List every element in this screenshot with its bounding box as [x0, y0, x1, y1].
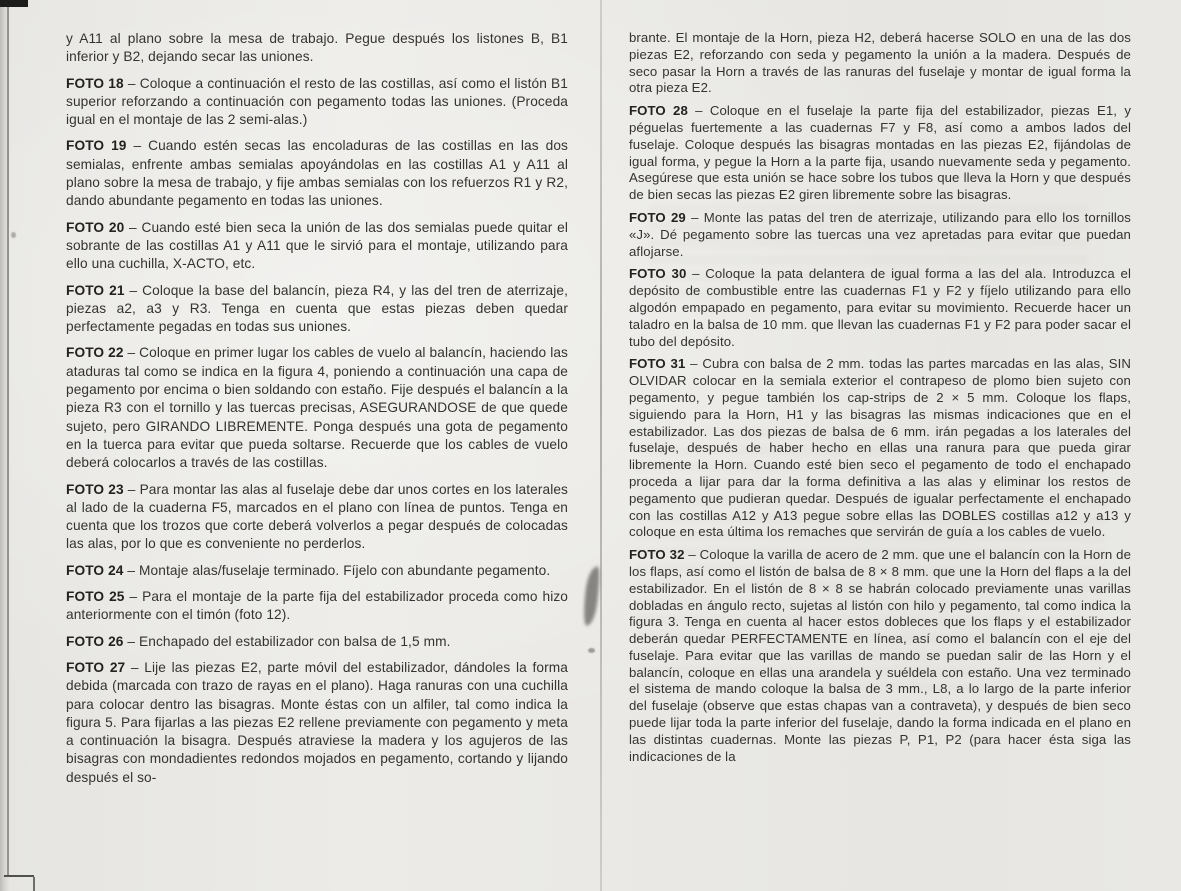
foto-separator: –	[125, 660, 144, 675]
foto-separator: –	[124, 76, 140, 91]
paragraph-foto-29: FOTO 29 – Monte las patas del tren de at…	[629, 210, 1131, 260]
foto-label: FOTO 24	[66, 563, 124, 578]
foto-label: FOTO 21	[66, 283, 125, 298]
paragraph-text: Coloque en primer lugar los cables de vu…	[66, 345, 568, 470]
paragraph-continuation: brante. El montaje de la Horn, pieza H2,…	[629, 30, 1131, 97]
booklet-fold-line	[600, 0, 602, 891]
paragraph-text: y A11 al plano sobre la mesa de trabajo.…	[66, 31, 568, 64]
paragraph-foto-27: FOTO 27 – Lije las piezas E2, parte móvi…	[66, 659, 568, 787]
crop-mark-bottom-horizontal	[4, 875, 34, 877]
foto-label: FOTO 20	[66, 220, 124, 235]
paragraph-foto-28: FOTO 28 – Coloque en el fuselaje la part…	[629, 103, 1131, 204]
foto-separator: –	[688, 103, 710, 118]
foto-separator: –	[124, 220, 141, 235]
paragraph-foto-22: FOTO 22 – Coloque en primer lugar los ca…	[66, 344, 568, 472]
paragraph-text: Para montar las alas al fuselaje debe da…	[66, 482, 568, 552]
paragraph-text: Cuando esté bien seca la unión de las do…	[66, 220, 568, 272]
foto-label: FOTO 31	[629, 356, 685, 371]
scanned-manual-page: { "page": { "paper_color": "#e9e8e4", "i…	[0, 0, 1181, 891]
paragraph-foto-30: FOTO 30 – Coloque la pata delantera de i…	[629, 266, 1131, 350]
paper-speck	[11, 232, 16, 238]
foto-label: FOTO 28	[629, 103, 688, 118]
foto-separator: –	[127, 138, 149, 153]
foto-label: FOTO 30	[629, 266, 686, 281]
foto-label: FOTO 19	[66, 138, 127, 153]
foto-separator: –	[124, 563, 140, 578]
foto-label: FOTO 26	[66, 634, 124, 649]
paragraph-foto-23: FOTO 23 – Para montar las alas al fusela…	[66, 481, 568, 554]
foto-separator: –	[686, 266, 705, 281]
foto-separator: –	[124, 345, 140, 360]
foto-separator: –	[125, 589, 143, 604]
paragraph-foto-25: FOTO 25 – Para el montaje de la parte fi…	[66, 588, 568, 625]
paragraph-foto-32: FOTO 32 – Coloque la varilla de acero de…	[629, 547, 1131, 765]
text-column-left: y A11 al plano sobre la mesa de trabajo.…	[66, 30, 568, 795]
paragraph-text: Coloque a continuación el resto de las c…	[66, 76, 568, 128]
foto-label: FOTO 27	[66, 660, 125, 675]
paragraph-text: brante. El montaje de la Horn, pieza H2,…	[629, 30, 1131, 95]
foto-label: FOTO 29	[629, 210, 686, 225]
paragraph-text: Enchapado del estabilizador con balsa de…	[139, 634, 450, 649]
foto-label: FOTO 32	[629, 547, 685, 562]
paragraph-text: Cubra con balsa de 2 mm. todas las parte…	[629, 356, 1131, 539]
paragraph-text: Coloque la pata delantera de igual forma…	[629, 266, 1131, 348]
foto-separator: –	[124, 634, 140, 649]
foto-separator: –	[685, 547, 700, 562]
paragraph-continuation: y A11 al plano sobre la mesa de trabajo.…	[66, 30, 568, 67]
paragraph-text: Coloque la base del balancín, pieza R4, …	[66, 283, 568, 335]
paragraph-foto-18: FOTO 18 – Coloque a continuación el rest…	[66, 75, 568, 130]
foto-separator: –	[686, 210, 704, 225]
foto-label: FOTO 23	[66, 482, 124, 497]
paragraph-text: Coloque la varilla de acero de 2 mm. que…	[629, 547, 1131, 764]
paragraph-text: Para el montaje de la parte fija del est…	[66, 589, 568, 622]
page-edge-line	[7, 0, 9, 877]
foto-label: FOTO 22	[66, 345, 124, 360]
paragraph-foto-31: FOTO 31 – Cubra con balsa de 2 mm. todas…	[629, 356, 1131, 541]
foto-label: FOTO 18	[66, 76, 124, 91]
foto-separator: –	[125, 283, 143, 298]
foto-separator: –	[124, 482, 140, 497]
crop-mark-bottom-vertical	[33, 877, 35, 891]
fold-ink-tick	[588, 648, 595, 653]
paragraph-text: Montaje alas/fuselaje terminado. Fíjelo …	[139, 563, 550, 578]
foto-separator: –	[685, 356, 702, 371]
paragraph-foto-19: FOTO 19 – Cuando estén secas las encolad…	[66, 137, 568, 210]
paragraph-text: Lije las piezas E2, parte móvil del esta…	[66, 660, 568, 785]
paragraph-foto-24: FOTO 24 – Montaje alas/fuselaje terminad…	[66, 562, 568, 580]
paragraph-foto-20: FOTO 20 – Cuando esté bien seca la unión…	[66, 219, 568, 274]
crop-mark-top-left	[0, 0, 28, 7]
paragraph-foto-26: FOTO 26 – Enchapado del estabilizador co…	[66, 633, 568, 651]
foto-label: FOTO 25	[66, 589, 125, 604]
paragraph-foto-21: FOTO 21 – Coloque la base del balancín, …	[66, 282, 568, 337]
paragraph-text: Monte las patas del tren de aterrizaje, …	[629, 210, 1131, 259]
text-column-right: brante. El montaje de la Horn, pieza H2,…	[629, 30, 1131, 771]
